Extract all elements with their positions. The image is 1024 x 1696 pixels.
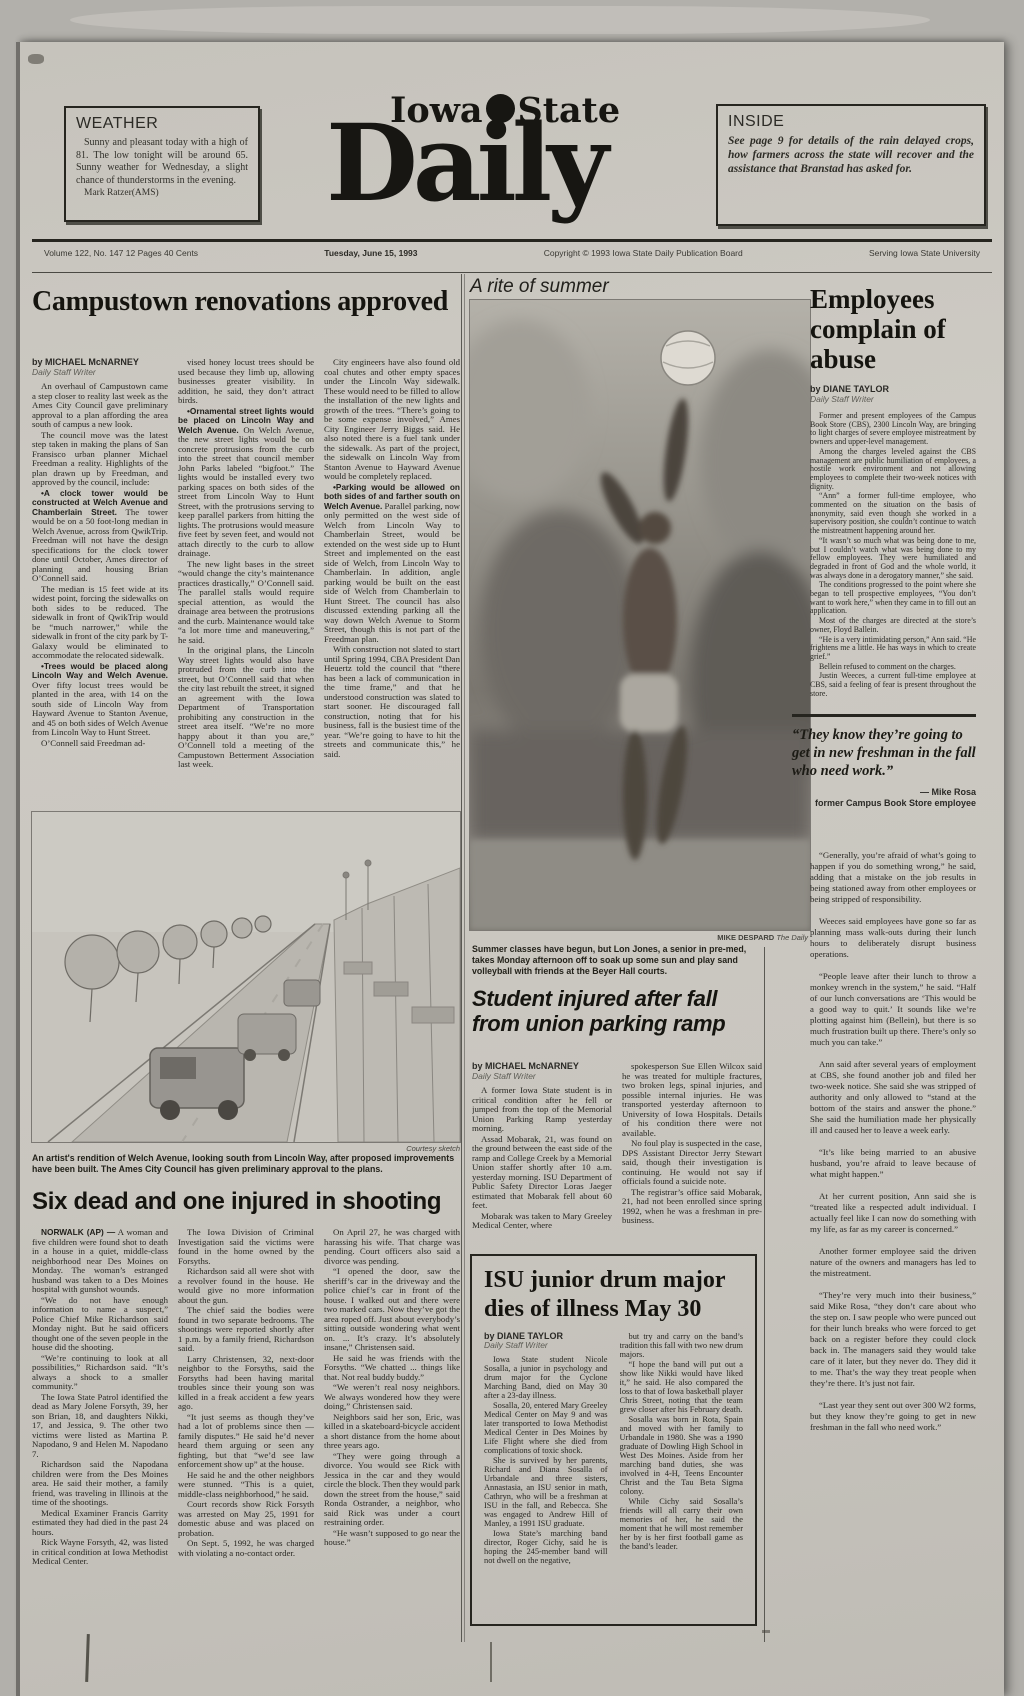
paragraph: Another former employee said the driven … [810, 1246, 976, 1279]
campustown-headline: Campustown renovations approved [32, 286, 462, 318]
employees-byline: by DIANE TAYLOR Daily Staff Writer [810, 384, 889, 404]
paragraph: An overhaul of Campustown came a step cl… [32, 382, 168, 430]
scan-artifact [762, 1630, 770, 1633]
pull-quote: “They know they’re going to get in new f… [792, 714, 976, 809]
campustown-columns: by MICHAEL McNARNEY Daily Staff Writer A… [32, 358, 460, 808]
paragraph: The conditions progressed to the point w… [810, 581, 976, 616]
fall-text-1: A former Iowa State student is in critic… [472, 1086, 612, 1231]
paragraph: “He is a very intimidating person,” Ann … [810, 636, 976, 662]
pull-quote-source-title: former Campus Book Store employee [792, 798, 976, 809]
paragraph: With construction not slated to start un… [324, 645, 460, 759]
paragraph: The registrar’s office said Mobarak, 21,… [622, 1188, 762, 1226]
paragraph: Sosalla was born in Rota, Spain and move… [620, 1415, 744, 1496]
inside-title: INSIDE [728, 113, 974, 131]
volleyball-credit: MIKE DESPARD The Daily [470, 933, 808, 942]
paragraph: Mobarak was taken to Mary Greeley Medica… [472, 1212, 612, 1231]
paragraph: “We’re continuing to look at all possibi… [32, 1354, 168, 1392]
shooting-columns: NORWALK (AP) — A woman and five children… [32, 1228, 460, 1676]
paragraph: Iowa State’s marching band director, Rog… [484, 1529, 608, 1565]
shooting-text-1: NORWALK (AP) — A woman and five children… [32, 1228, 168, 1567]
paragraph: Rick Wayne Forsyth, 42, was listed in cr… [32, 1538, 168, 1567]
paragraph: “We do not have enough information to na… [32, 1296, 168, 1353]
sketch-caption: An artist's rendition of Welch Avenue, l… [32, 1153, 460, 1175]
paragraph: “It just seems as though they’ve had a l… [178, 1413, 314, 1470]
paragraph: “It’s like being married to an abusive h… [810, 1147, 976, 1180]
byline-title: Daily Staff Writer [32, 368, 168, 378]
drummajor-headline: ISU junior drum major dies of illness Ma… [484, 1266, 743, 1324]
weather-text: Sunny and pleasant today with a high of … [76, 137, 248, 187]
campustown-column-3: City engineers have also found old coal … [324, 358, 460, 808]
fall-byline: by MICHAEL McNARNEY Daily Staff Writer [472, 1062, 612, 1081]
column-rule-left-2 [464, 274, 465, 1642]
paragraph: “They’re very much into their business,”… [810, 1290, 976, 1389]
drummajor-column-2: but try and carry on the band’s traditio… [620, 1332, 744, 1614]
shooting-column-2: The Iowa Division of Criminal Investigat… [178, 1228, 314, 1676]
inside-box: INSIDE See page 9 for details of the rai… [716, 104, 986, 226]
pull-quote-text: “They know they’re going to get in new f… [792, 726, 976, 780]
drummajor-box: ISU junior drum major dies of illness Ma… [470, 1254, 757, 1626]
shooting-column-3: On April 27, he was charged with harassi… [324, 1228, 460, 1676]
paragraph: On April 27, he was charged with harassi… [324, 1228, 460, 1266]
paragraph: In the original plans, the Lincoln Way s… [178, 646, 314, 770]
dateline-rule [32, 272, 992, 273]
issue-date: Tuesday, June 15, 1993 [324, 248, 417, 258]
paragraph: Among the charges leveled against the CB… [810, 448, 976, 492]
campustown-text-3: City engineers have also found old coal … [324, 358, 460, 759]
paragraph: He said he was friends with the Forsyths… [324, 1354, 460, 1383]
paragraph: Former and present employees of the Camp… [810, 412, 976, 447]
scan-artifact [490, 1642, 492, 1682]
drummajor-byline: by DIANE TAYLOR Daily Staff Writer [484, 1332, 608, 1350]
paragraph: “They were going through a divorce. You … [324, 1452, 460, 1528]
scan-artifact [28, 54, 44, 64]
paragraph: “Last year they sent out over 300 W2 for… [810, 1400, 976, 1433]
paragraph: City engineers have also found old coal … [324, 358, 460, 482]
shooting-text-3: On April 27, he was charged with harassi… [324, 1228, 460, 1548]
employees-text-top: Former and present employees of the Camp… [810, 412, 976, 710]
paragraph: Bellein refused to comment on the charge… [810, 663, 976, 672]
paragraph: The Iowa State Patrol identified the dea… [32, 1393, 168, 1460]
paragraph: The chief said the bodies were found in … [178, 1306, 314, 1354]
paragraph: He said he and the other neighbors were … [178, 1471, 314, 1500]
paragraph: “It wasn’t so much what was being done t… [810, 537, 976, 581]
paragraph: “I hope the band will put out a show lik… [620, 1360, 744, 1414]
pull-quote-attribution: — Mike Rosa former Campus Book Store emp… [792, 787, 976, 809]
byline-title: Daily Staff Writer [810, 394, 889, 404]
paragraph: “We weren’t real nosy neighbors. We alwa… [324, 1383, 460, 1412]
campustown-column-2: vised honey locust trees should be used … [178, 358, 314, 808]
paragraph: Neighbors said her son, Eric, was killed… [324, 1413, 460, 1451]
paragraph: No foul play is suspected in the case, D… [622, 1139, 762, 1187]
drummajor-text-2: but try and carry on the band’s traditio… [620, 1332, 744, 1551]
byline-author: by MICHAEL McNARNEY [32, 358, 139, 367]
paragraph: She is survived by her parents, Richard … [484, 1456, 608, 1528]
fall-headline: Student injured after fall from union pa… [472, 986, 764, 1036]
pull-quote-source: — Mike Rosa [792, 787, 976, 798]
volume-info: Volume 122, No. 147 12 Pages 40 Cents [44, 248, 198, 258]
byline-title: Daily Staff Writer [484, 1341, 608, 1350]
paragraph: vised honey locust trees should be used … [178, 358, 314, 406]
paragraph: On Sept. 5, 1992, he was charged with vi… [178, 1539, 314, 1558]
street-sketch-image [32, 812, 460, 1142]
campustown-text-2: vised honey locust trees should be used … [178, 358, 314, 770]
paragraph: Medical Examiner Francis Garrity estimat… [32, 1509, 168, 1538]
paragraph: Richardson said all were shot with a rev… [178, 1267, 314, 1305]
fall-columns: by MICHAEL McNARNEY Daily Staff Writer A… [472, 1062, 762, 1250]
volleyball-caption: Summer classes have begun, but Lon Jones… [472, 944, 759, 977]
byline-title: Daily Staff Writer [472, 1072, 612, 1082]
masthead-logo: IowaState Daily [326, 88, 666, 240]
employees-text-bottom: “Generally, you’re afraid of what’s goin… [810, 850, 976, 1598]
paragraph: but try and carry on the band’s traditio… [620, 1332, 744, 1359]
paragraph: The Iowa Division of Criminal Investigat… [178, 1228, 314, 1266]
volleyball-image [470, 300, 810, 930]
paragraph: Ann said after several years of employme… [810, 1059, 976, 1136]
newspaper-scan: WEATHER Sunny and pleasant today with a … [0, 0, 1024, 1696]
masthead-rule [32, 239, 992, 242]
paragraph: While Cichy said Sosalla’s friends will … [620, 1497, 744, 1551]
campustown-text-1: An overhaul of Campustown came a step cl… [32, 382, 168, 748]
column-rule-right [764, 947, 765, 1642]
shooting-column-1: NORWALK (AP) — A woman and five children… [32, 1228, 168, 1676]
paragraph: “He wasn’t supposed to go near the house… [324, 1529, 460, 1548]
paragraph: Larry Christensen, 32, next-door neighbo… [178, 1355, 314, 1412]
paragraph: O’Connell said Freedman ad- [32, 739, 168, 749]
logo-daily: Daily [326, 110, 604, 216]
weather-box: WEATHER Sunny and pleasant today with a … [64, 106, 260, 222]
paragraph: Richardson said the Napodana children we… [32, 1460, 168, 1508]
campustown-byline: by MICHAEL McNARNEY Daily Staff Writer [32, 358, 168, 377]
paragraph: “I opened the door, saw the sheriff’s ca… [324, 1267, 460, 1353]
volleyball-photo [470, 300, 810, 930]
photographer-name: MIKE DESPARD [717, 933, 774, 942]
paragraph: Court records show Rick Forsyth was arre… [178, 1500, 314, 1538]
drummajor-column-1: by DIANE TAYLOR Daily Staff Writer Iowa … [484, 1332, 608, 1614]
sketch-credit: Courtesy sketch [32, 1144, 460, 1153]
inside-text: See page 9 for details of the rain delay… [728, 134, 974, 176]
paragraph: spokesperson Sue Ellen Wilcox said he wa… [622, 1062, 762, 1138]
copyright-notice: Copyright © 1993 Iowa State Daily Public… [544, 248, 743, 258]
paragraph: The median is 15 feet wide at its widest… [32, 585, 168, 661]
paragraph: Justin Weeces, a current full-time emplo… [810, 672, 976, 698]
paragraph: Iowa State student Nicole Sosalla, a jun… [484, 1355, 608, 1400]
newspaper-page: WEATHER Sunny and pleasant today with a … [20, 42, 1004, 1696]
campustown-column-1: by MICHAEL McNARNEY Daily Staff Writer A… [32, 358, 168, 808]
fall-column-1: by MICHAEL McNARNEY Daily Staff Writer A… [472, 1062, 612, 1250]
paragraph: Assad Mobarak, 21, was found on the grou… [472, 1135, 612, 1211]
paragraph: “Generally, you’re afraid of what’s goin… [810, 850, 976, 905]
paragraph: The new light bases in the street “would… [178, 560, 314, 646]
employees-headline: Employees complain of abuse [810, 284, 982, 374]
fall-text-2: spokesperson Sue Ellen Wilcox said he wa… [622, 1062, 762, 1226]
byline-author: by MICHAEL McNARNEY [472, 1062, 579, 1071]
column-rule-left [461, 274, 462, 1642]
paragraph: Weeces said employees have gone so far a… [810, 916, 976, 960]
paragraph: “Ann” a former full-time employee, who c… [810, 492, 976, 536]
shooting-headline: Six dead and one injured in shooting [32, 1188, 462, 1216]
photo-credit-org: The Daily [776, 933, 808, 942]
weather-credit: Mark Ratzer(AMS) [76, 188, 248, 198]
paragraph: NORWALK (AP) — A woman and five children… [32, 1228, 168, 1295]
serving-line: Serving Iowa State University [869, 248, 980, 258]
weather-title: WEATHER [76, 115, 248, 133]
drummajor-columns: by DIANE TAYLOR Daily Staff Writer Iowa … [484, 1332, 743, 1614]
paragraph: •A clock tower would be constructed at W… [32, 489, 168, 584]
byline-author: by DIANE TAYLOR [810, 384, 889, 394]
dateline: Volume 122, No. 147 12 Pages 40 Cents Tu… [44, 248, 980, 258]
paragraph: •Ornamental street lights would be place… [178, 407, 314, 559]
paragraph: •Parking would be allowed on both sides … [324, 483, 460, 645]
paragraph: “People leave after their lunch to throw… [810, 971, 976, 1048]
summer-kicker: A rite of summer [470, 276, 609, 298]
paragraph: At her current position, Ann said she is… [810, 1191, 976, 1235]
paragraph: Sosalla, 20, entered Mary Greeley Medica… [484, 1401, 608, 1455]
drummajor-text-1: Iowa State student Nicole Sosalla, a jun… [484, 1355, 608, 1565]
street-sketch-photo [32, 812, 460, 1142]
paragraph: Most of the charges are directed at the … [810, 617, 976, 634]
paragraph: A former Iowa State student is in critic… [472, 1086, 612, 1134]
paragraph: The council move was the latest step tak… [32, 431, 168, 488]
fall-column-2: spokesperson Sue Ellen Wilcox said he wa… [622, 1062, 762, 1250]
shooting-text-2: The Iowa Division of Criminal Investigat… [178, 1228, 314, 1558]
paragraph: •Trees would be placed along Lincoln Way… [32, 662, 168, 738]
